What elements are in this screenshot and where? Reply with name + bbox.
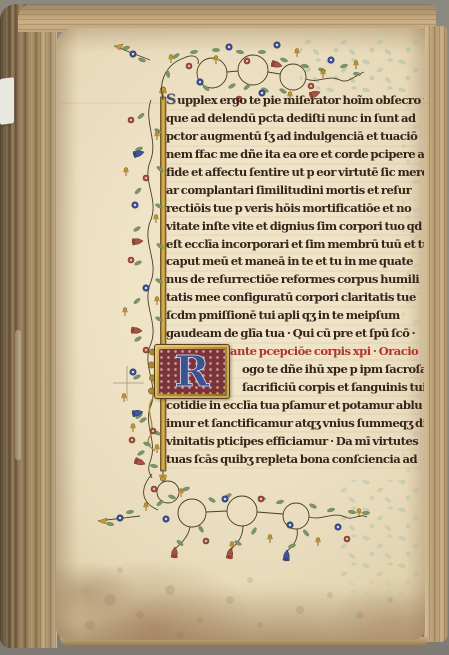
text-line: gaudeam de glīa tua · Qui cū pre et ſpū …	[166, 325, 424, 343]
text-line: ſcdm pmiſſionē tui apli qʒ in te meipſum	[166, 307, 424, 325]
text-line: rectiōis tue p veris hōis mortificatiōe …	[166, 200, 424, 218]
text-line: nem ffac me dñe ita ea ore et corde pcip…	[166, 146, 424, 164]
text-line: vitate inſte vite et dignius ſim corpori…	[166, 218, 424, 236]
page-marker-tab	[0, 77, 14, 125]
book-fore-edge-pages	[424, 26, 448, 642]
spine-highlight	[15, 330, 21, 460]
text-line: caput meū et maneā in te et tu in me qua…	[166, 253, 424, 271]
text-line: ar complantari ſimilitudini mortis et re…	[166, 182, 424, 200]
text-line: tatis mee configuratū corpori claritatis…	[166, 289, 424, 307]
text-line: eſt ecclīa incorporari et ſim membrū tuū…	[166, 236, 424, 254]
text-line: cotidie in ecclīa tua pſamur et potamur …	[166, 397, 424, 415]
text-line: fide et affectu ſentire ut p eor virtutē…	[166, 164, 424, 182]
opening-initial: S	[166, 92, 177, 108]
text-line: vinitatis pticipes efficiamur · Da mī vi…	[166, 433, 424, 451]
text-line: imur et ſanctificamur atqʒ vnius ſummeqʒ…	[166, 415, 424, 433]
text-line: Supplex ergo te pie miſerator hoĩm obſec…	[166, 92, 424, 110]
text-line-rest: upplex ergo te pie miſerator hoĩm obſecr…	[177, 93, 424, 107]
illuminated-initial: R	[154, 344, 230, 399]
text-line: que ad delendū pcta dediſti nunc in ſunt…	[166, 110, 424, 128]
manuscript-photo: Supplex ergo te pie miſerator hoĩm obſec…	[0, 0, 449, 655]
text-block: Supplex ergo te pie miſerator hoĩm obſec…	[166, 92, 424, 472]
text-line: tuas ſcās quibʒ repleta bona conſciencia…	[166, 451, 424, 469]
text-line: pctor augmentū ſʒ ad indulgenciā et tuac…	[166, 128, 424, 146]
text-line: nus de reſurrectiōe reformes corpus humi…	[166, 271, 424, 289]
initial-letter: R	[175, 351, 210, 393]
